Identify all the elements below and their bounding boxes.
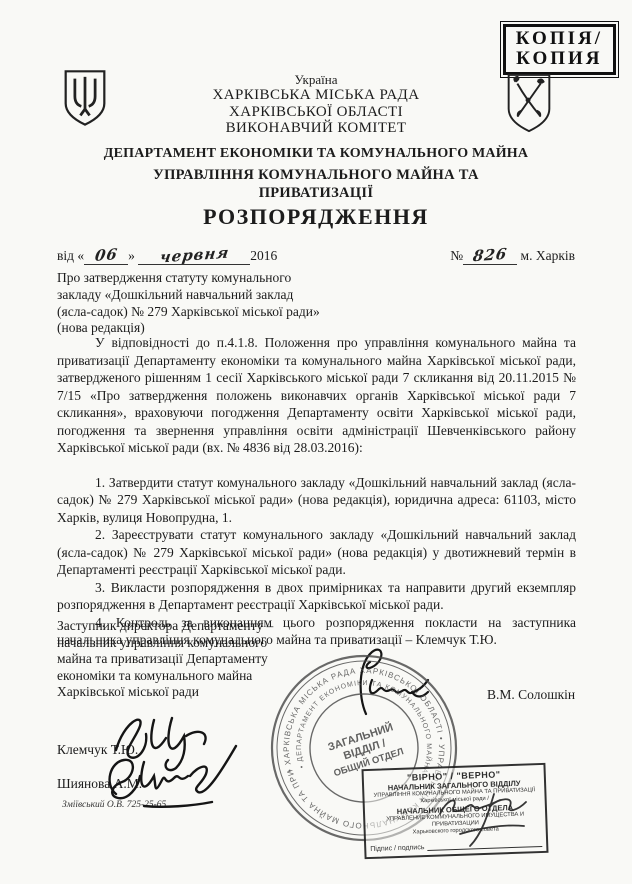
copy-stamp: КОПІЯ/ КОПИЯ [503, 24, 616, 75]
header-oblast: ХАРКІВСЬКОЇ ОБЛАСТІ [0, 104, 632, 121]
number-label: № [450, 248, 463, 263]
handwritten-day: 06 [93, 245, 118, 265]
scanned-document-page: КОПІЯ/ КОПИЯ [0, 0, 632, 884]
handwritten-number: 826 [472, 245, 509, 266]
header-committee: ВИКОНАВЧИЙ КОМІТЕТ [0, 120, 632, 137]
dateline-day-blank: 06 [84, 246, 128, 265]
body-item-3: 3. Викласти розпорядження в двох примірн… [57, 579, 576, 614]
subject-line3: (ясла-садок) № 279 Харківської міської р… [57, 304, 397, 321]
subject-block: Про затвердження статуту комунального за… [57, 270, 397, 337]
certify-stamp-sign-row: Підпис / подпись [370, 838, 542, 853]
document-body: У відповідності до п.4.1.8. Положення пр… [57, 334, 576, 649]
dateline-year: 2016 [250, 248, 277, 263]
office-lines: УПРАВЛІННЯ КОМУНАЛЬНОГО МАЙНА ТА ПРИВАТИ… [0, 166, 632, 202]
signature-klemchuk [106, 708, 228, 772]
copy-stamp-line2: КОПИЯ [516, 49, 603, 69]
header-country: Україна [0, 72, 632, 87]
document-title: РОЗПОРЯДЖЕННЯ [0, 204, 632, 230]
office-line2: ПРИВАТИЗАЦІЇ [0, 184, 632, 202]
document-header: Україна ХАРКІВСЬКА МІСЬКА РАДА ХАРКІВСЬК… [0, 72, 632, 137]
body-item-2: 2. Зареєструвати статут комунального зак… [57, 526, 576, 579]
dateline-city: м. Харків [521, 248, 575, 263]
number-blank: 826 [463, 246, 517, 265]
position-line2: начальник управління комунального [57, 635, 327, 652]
dateline-right: №826 м. Харків [450, 246, 575, 265]
dateline-prefix: від « [57, 248, 84, 263]
dateline: від «06» червня2016 №826 м. Харків [57, 246, 575, 265]
certify-stamp: "ВІРНО" / "ВЕРНО" НАЧАЛЬНИК ЗАГАЛЬНОГО В… [361, 763, 548, 859]
certify-stamp-line8: Підпис / подпись [370, 844, 424, 853]
executor-note: Зміївський О.В. 725-25-65 [62, 800, 166, 810]
signatory-name: В.М. Солошкін [487, 687, 575, 703]
office-line1: УПРАВЛІННЯ КОМУНАЛЬНОГО МАЙНА ТА [0, 166, 632, 184]
body-intro-paragraph: У відповідності до п.4.1.8. Положення пр… [57, 334, 576, 457]
position-line3: майна та приватизації Департаменту [57, 651, 327, 668]
dateline-close-quote: » [128, 248, 135, 263]
subject-line2: закладу «Дошкільний навчальний заклад [57, 287, 397, 304]
header-council: ХАРКІВСЬКА МІСЬКА РАДА [0, 87, 632, 104]
handwritten-month: червня [158, 243, 230, 266]
body-item-1: 1. Затвердити статут комунального заклад… [57, 474, 576, 527]
position-line1: Заступник директора Департаменту – [57, 618, 327, 635]
department-line: ДЕПАРТАМЕНТ ЕКОНОМІКИ ТА КОМУНАЛЬНОГО МА… [0, 146, 632, 162]
dateline-month-blank: червня [138, 246, 250, 265]
certify-stamp-sign-line [427, 838, 542, 851]
approver-klemchuk: Клемчук Т.Ю. [57, 742, 138, 758]
approver-shyianova: Шиянова А.М. [57, 776, 142, 792]
copy-stamp-line1: КОПІЯ/ [516, 29, 603, 49]
subject-line1: Про затвердження статуту комунального [57, 270, 397, 287]
